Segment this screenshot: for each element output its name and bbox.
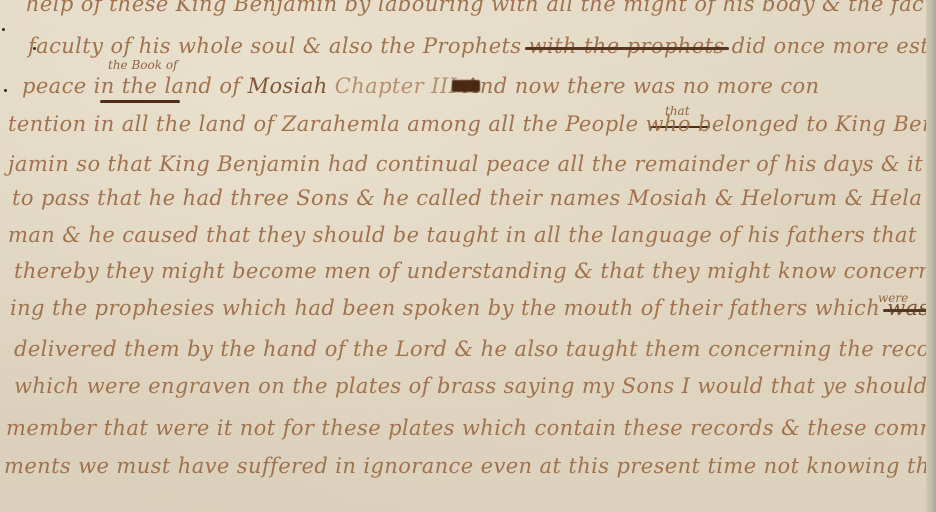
struck-text: with the prophets [529, 34, 725, 58]
manuscript-line-7: man & he caused that they should be taug… [8, 223, 917, 247]
manuscript-page: help of these King Benjamin by labouring… [0, 0, 936, 512]
line-3-part-b [328, 74, 335, 98]
margin-mark [4, 89, 7, 92]
ink-underline-mark [100, 100, 180, 103]
manuscript-line-4: tention in all the land of Zarahemla amo… [8, 112, 936, 136]
struck-text: was [887, 296, 929, 320]
manuscript-line-5: jamin so that King Benjamin had continua… [8, 152, 936, 176]
manuscript-line-11: which were engraven on the plates of bra… [14, 374, 936, 398]
line-9-part-a: ing the prophesies which had been spoken… [10, 296, 887, 320]
margin-mark [33, 47, 36, 50]
manuscript-line-9: ing the prophesies which had been spoken… [10, 296, 930, 320]
manuscript-line-12: member that were it not for these plates… [6, 416, 936, 440]
ink-blot-chapter-number [452, 80, 480, 92]
manuscript-line-3: peace in the land of Mosiah Chapter III … [22, 74, 819, 98]
manuscript-line-10: delivered them by the hand of the Lord &… [14, 337, 936, 361]
insertion-the-book-of: the Book of [108, 58, 178, 72]
margin-mark [2, 28, 5, 31]
line-2-part-b: did once more establish [725, 34, 936, 58]
manuscript-line-2: faculty of his whole soul & also the Pro… [28, 34, 936, 58]
manuscript-line-6: to pass that he had three Sons & he call… [12, 186, 922, 210]
line-3-part-c: And now there was no more con [457, 74, 819, 98]
manuscript-line-13: ments we must have suffered in ignorance… [4, 454, 936, 478]
manuscript-line-8: thereby they might become men of underst… [14, 259, 932, 283]
line-3-part-a: peace in the land of [22, 74, 248, 98]
line-2-part-a: faculty of his whole soul & also the Pro… [28, 34, 529, 58]
manuscript-line-1: help of these King Benjamin by labouring… [26, 0, 924, 16]
chapter-heading: Chapter III [335, 74, 457, 98]
page-edge [926, 0, 936, 512]
inserted-name-mosiah: Mosiah [248, 74, 328, 98]
